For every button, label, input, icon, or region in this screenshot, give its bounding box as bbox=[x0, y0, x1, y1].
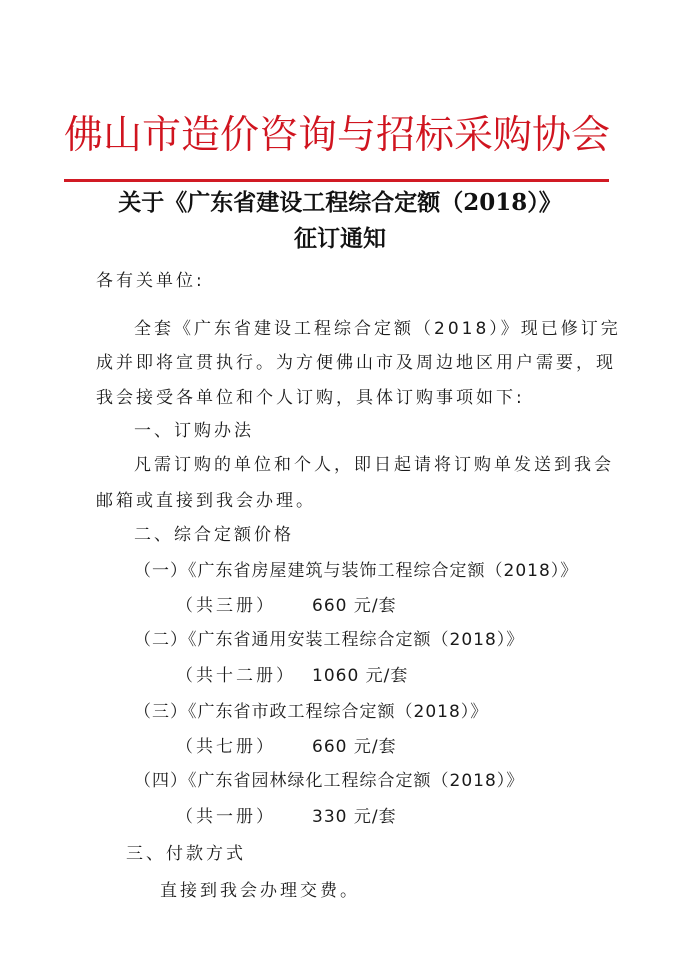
red-divider bbox=[64, 179, 609, 182]
price-item-price: 1060 元/套 bbox=[312, 662, 408, 690]
price-item-title: （二）《广东省通用安装工程综合定额（2018）》 bbox=[134, 626, 524, 654]
salutation: 各有关单位: bbox=[96, 267, 205, 295]
price-item-price: 330 元/套 bbox=[312, 803, 397, 831]
section-heading-payment: 三、付款方式 bbox=[126, 840, 246, 868]
price-item-title: （四）《广东省园林绿化工程综合定额（2018）》 bbox=[134, 767, 524, 795]
section-text: 凡需订购的单位和个人，即日起请将订购单发送到我会 bbox=[134, 451, 614, 479]
section-heading-ordering: 一、订购办法 bbox=[134, 417, 254, 445]
section-text: 邮箱或直接到我会办理。 bbox=[96, 487, 316, 515]
price-item-price: 660 元/套 bbox=[312, 592, 397, 620]
intro-line: 全套《广东省建设工程综合定额（2018）》现已修订完 bbox=[134, 315, 621, 343]
price-item-volumes: （共三册） bbox=[176, 592, 276, 620]
price-item-title: （三）《广东省市政工程综合定额（2018）》 bbox=[134, 698, 488, 726]
price-item-volumes: （共十二册） bbox=[176, 662, 296, 690]
price-item-volumes: （共一册） bbox=[176, 803, 276, 831]
document-title-line2: 征订通知 bbox=[60, 222, 620, 256]
intro-line: 我会接受各单位和个人订购，具体订购事项如下: bbox=[96, 384, 525, 412]
organization-header: 佛山市造价咨询与招标采购协会 bbox=[64, 108, 610, 164]
intro-line: 成并即将宣贯执行。为方便佛山市及周边地区用户需要，现 bbox=[96, 349, 616, 377]
section-heading-prices: 二、综合定额价格 bbox=[134, 521, 294, 549]
document-title-line1: 关于《广东省建设工程综合定额（2018）》 bbox=[60, 186, 620, 220]
price-item-title: （一）《广东省房屋建筑与装饰工程综合定额（2018）》 bbox=[134, 557, 578, 585]
price-item-price: 660 元/套 bbox=[312, 733, 397, 761]
price-item-volumes: （共七册） bbox=[176, 733, 276, 761]
section-text: 直接到我会办理交费。 bbox=[160, 877, 360, 905]
